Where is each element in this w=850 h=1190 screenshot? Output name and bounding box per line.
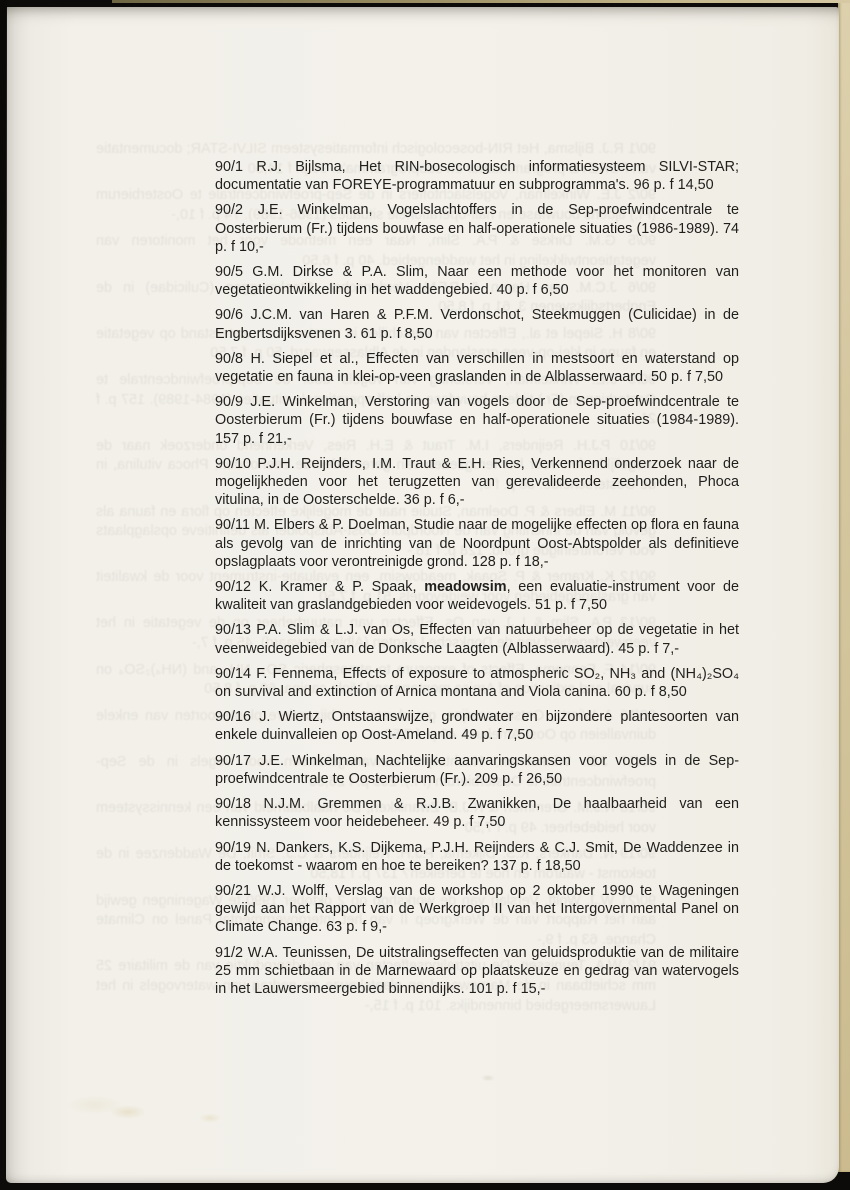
entry-text: 90/9 J.E. Winkelman, Verstoring van voge… — [215, 394, 739, 446]
entry-text: 90/12 K. Kramer & P. Spaak, — [215, 579, 424, 595]
bibliography-entry: 90/8 H. Siepel et al., Effecten van vers… — [215, 350, 739, 386]
bibliography-entry: 90/10 P.J.H. Reijnders, I.M. Traut & E.H… — [215, 455, 739, 510]
bibliography-entry: 90/17 J.E. Winkelman, Nachtelijke aanvar… — [215, 752, 739, 788]
entry-text: 90/1 R.J. Bijlsma, Het RIN-bosecologisch… — [215, 159, 739, 193]
entry-text: 90/10 P.J.H. Reijnders, I.M. Traut & E.H… — [215, 456, 739, 508]
entry-text: 90/6 J.C.M. van Haren & P.F.M. Verdonsch… — [215, 307, 739, 341]
entry-text: 90/16 J. Wiertz, Ontstaanswijze, grondwa… — [215, 709, 739, 743]
bibliography-entry: 90/11 M. Elbers & P. Doelman, Studie naa… — [215, 516, 739, 571]
scan-shadow-left — [0, 0, 7, 540]
bibliography-entry: 90/2 J.E. Winkelman, Vogelslachtoffers i… — [215, 201, 739, 256]
bibliography-entry: 90/12 K. Kramer & P. Spaak, meadowsim, e… — [215, 578, 739, 614]
entry-text: 90/13 P.A. Slim & L.J. van Os, Effecten … — [215, 622, 739, 656]
entry-text: 90/18 N.J.M. Gremmen & R.J.B. Zwanikken,… — [215, 796, 739, 830]
bibliography-entry: 90/6 J.C.M. van Haren & P.F.M. Verdonsch… — [215, 306, 739, 342]
bibliography-entry: 90/19 N. Dankers, K.S. Dijkema, P.J.H. R… — [215, 839, 739, 875]
bibliography-entry: 90/13 P.A. Slim & L.J. van Os, Effecten … — [215, 621, 739, 657]
bibliography-entry: 91/2 W.A. Teunissen, De uitstralingseffe… — [215, 944, 739, 999]
bibliography-entry: 90/14 F. Fennema, Effects of exposure to… — [215, 665, 739, 701]
entry-text: 90/19 N. Dankers, K.S. Dijkema, P.J.H. R… — [215, 840, 739, 874]
entry-text: 90/17 J.E. Winkelman, Nachtelijke aanvar… — [215, 753, 739, 787]
bibliography-entry: 90/18 N.J.M. Gremmen & R.J.B. Zwanikken,… — [215, 795, 739, 831]
entry-text: 91/2 W.A. Teunissen, De uitstralingseffe… — [215, 945, 739, 997]
entry-text: 90/11 M. Elbers & P. Doelman, Studie naa… — [215, 517, 739, 569]
entry-text: 90/5 G.M. Dirkse & P.A. Slim, Naar een m… — [215, 264, 739, 298]
bibliography-entry: 90/21 W.J. Wolff, Verslag van de worksho… — [215, 882, 739, 937]
publication-list: 90/1 R.J. Bijlsma, Het RIN-bosecologisch… — [215, 158, 739, 1005]
bibliography-entry: 90/16 J. Wiertz, Ontstaanswijze, grondwa… — [215, 708, 739, 744]
bibliography-entry: 90/1 R.J. Bijlsma, Het RIN-bosecologisch… — [215, 158, 739, 194]
entry-text: 90/8 H. Siepel et al., Effecten van vers… — [215, 351, 739, 385]
bibliography-entry: 90/5 G.M. Dirkse & P.A. Slim, Naar een m… — [215, 263, 739, 299]
entry-text: 90/14 F. Fennema, Effects of exposure to… — [215, 666, 739, 700]
book-cover-edge-top — [112, 0, 850, 3]
bibliography-entry: 90/9 J.E. Winkelman, Verstoring van voge… — [215, 393, 739, 448]
entry-text: 90/21 W.J. Wolff, Verslag van de worksho… — [215, 883, 739, 935]
entry-text: 90/2 J.E. Winkelman, Vogelslachtoffers i… — [215, 202, 739, 254]
book-cover-edge-right — [838, 0, 850, 1172]
scanned-page: 90/1 R.J. Bijlsma, Het RIN-bosecologisch… — [0, 0, 850, 1190]
entry-text: meadowsim — [424, 579, 506, 595]
